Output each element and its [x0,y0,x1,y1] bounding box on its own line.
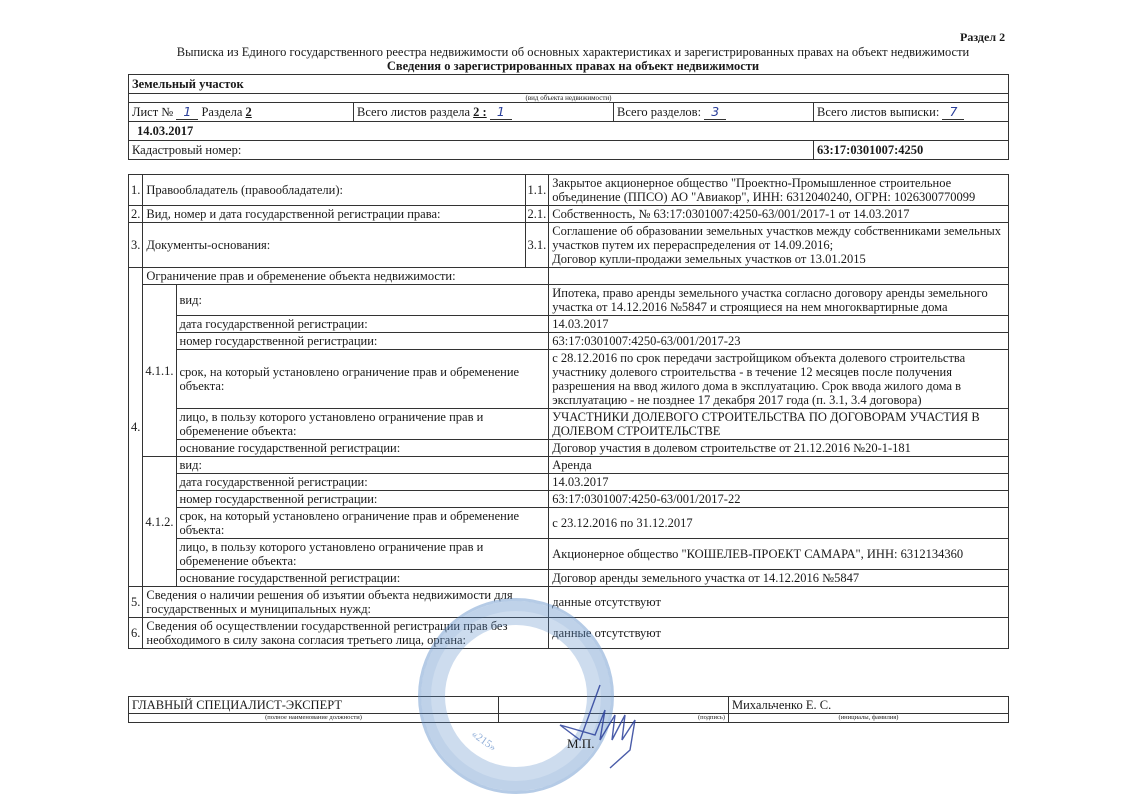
field-value: с 23.12.2016 по 31.12.2017 [549,508,1009,539]
field-value: 63:17:0301007:4250-63/001/2017-23 [549,333,1009,350]
signature-cell [499,697,729,714]
row-label: Вид, номер и дата государственной регист… [143,206,525,223]
table-row: 5. Сведения о наличии решения об изъятии… [129,587,1009,618]
total-sections-cell: Всего разделов: 3 [614,103,814,122]
section-of-value: 2 [246,105,252,119]
row-label: Правообладатель (правообладатели): [143,175,525,206]
encumbrance-field: основание государственной регистрации: Д… [129,440,1009,457]
field-value: 14.03.2017 [549,316,1009,333]
field-value: 63:17:0301007:4250-63/001/2017-22 [549,491,1009,508]
encumbrance-field: дата государственной регистрации: 14.03.… [129,474,1009,491]
document-basis-2: Договор купли-продажи земельных участков… [552,252,1005,266]
encumbrance-field: лицо, в пользу которого установлено огра… [129,409,1009,440]
row-value: Собственность, № 63:17:0301007:4250-63/0… [549,206,1009,223]
field-value: Акционерное общество "КОШЕЛЕВ-ПРОЕКТ САМ… [549,539,1009,570]
total-sheets-label: Всего листов выписки: [817,105,939,119]
field-label: вид: [176,285,549,316]
encumbrance-field: срок, на который установлено ограничение… [129,508,1009,539]
row-subnumber: 3.1. [525,223,549,268]
row-label: Сведения об осуществлении государственно… [143,618,549,649]
row-number: 4. [129,268,143,587]
field-label: дата государственной регистрации: [176,316,549,333]
object-type-caption: (вид объекта недвижимости) [129,94,1009,103]
row-number: 6. [129,618,143,649]
row-subnumber: 1.1. [525,175,549,206]
section-label: Раздел 2 [960,30,1005,45]
total-sheets-section-label: Всего листов раздела [357,105,470,119]
total-sheets-value: 7 [942,105,964,120]
encumbrance-field: 4.1.2. вид: Аренда [129,457,1009,474]
sheet-label: Лист № [132,105,173,119]
table-row: 2. Вид, номер и дата государственной рег… [129,206,1009,223]
encumbrance-field: лицо, в пользу которого установлено огра… [129,539,1009,570]
row-value: данные отсутствуют [549,587,1009,618]
row-number: 3. [129,223,143,268]
encumbrance-field: дата государственной регистрации: 14.03.… [129,316,1009,333]
sheet-number-cell: Лист № 1 Раздела 2 [129,103,354,122]
section-of-label: Раздела [201,105,242,119]
total-sections-value: 3 [704,105,726,120]
table-row: 3. Документы-основания: 3.1. Соглашение … [129,223,1009,268]
total-sheets-section-cell: Всего листов раздела 2 : 1 [354,103,614,122]
encumbrance-number: 4.1.2. [143,457,176,587]
row-value: данные отсутствуют [549,618,1009,649]
row-subnumber: 2.1. [525,206,549,223]
row-label: Ограничение прав и обременение объекта н… [143,268,549,285]
official-name: Михальченко Е. С. [729,697,1009,714]
total-sections-label: Всего разделов: [617,105,701,119]
table-row: 4. Ограничение прав и обременение объект… [129,268,1009,285]
row-number: 5. [129,587,143,618]
encumbrance-field: номер государственной регистрации: 63:17… [129,333,1009,350]
field-label: дата государственной регистрации: [176,474,549,491]
field-value: Договор аренды земельного участка от 14.… [549,570,1009,587]
signature-caption: (подпись) [499,714,729,723]
encumbrance-number: 4.1.1. [143,285,176,457]
row-label: Сведения о наличии решения об изъятии об… [143,587,549,618]
table-row: 6. Сведения об осуществлении государстве… [129,618,1009,649]
row-value [549,268,1009,285]
document-title: Выписка из Единого государственного реес… [0,45,1146,60]
field-label: лицо, в пользу которого установлено огра… [176,409,549,440]
object-type: Земельный участок [129,75,1009,94]
position-caption: (полное наименование должности) [129,714,499,723]
row-value: Закрытое акционерное общество "Проектно-… [549,175,1009,206]
table-row: 1. Правообладатель (правообладатели): 1.… [129,175,1009,206]
cadastral-value: 63:17:0301007:4250 [814,141,1009,160]
signature-table: ГЛАВНЫЙ СПЕЦИАЛИСТ-ЭКСПЕРТ Михальченко Е… [128,696,1009,723]
extract-date: 14.03.2017 [129,122,1009,141]
total-sheets-cell: Всего листов выписки: 7 [814,103,1009,122]
cadastral-label: Кадастровый номер: [129,141,814,160]
encumbrance-field: номер государственной регистрации: 63:17… [129,491,1009,508]
seal-label: М.П. [567,736,594,752]
object-header-table: Земельный участок (вид объекта недвижимо… [128,74,1009,160]
row-number: 1. [129,175,143,206]
field-label: срок, на который установлено ограничение… [176,508,549,539]
field-value: Ипотека, право аренды земельного участка… [549,285,1009,316]
handwritten-signature-icon [540,680,650,770]
row-number: 2. [129,206,143,223]
total-sheets-section-num: 2 : [473,105,487,119]
field-label: вид: [176,457,549,474]
field-label: номер государственной регистрации: [176,333,549,350]
official-position: ГЛАВНЫЙ СПЕЦИАЛИСТ-ЭКСПЕРТ [129,697,499,714]
field-value: с 28.12.2016 по срок передачи застройщик… [549,350,1009,409]
document-subtitle: Сведения о зарегистрированных правах на … [0,59,1146,74]
row-value: Соглашение об образовании земельных учас… [549,223,1009,268]
field-label: номер государственной регистрации: [176,491,549,508]
sheet-value: 1 [176,105,198,120]
name-caption: (инициалы, фамилия) [729,714,1009,723]
field-label: основание государственной регистрации: [176,440,549,457]
field-value: УЧАСТНИКИ ДОЛЕВОГО СТРОИТЕЛЬСТВА ПО ДОГО… [549,409,1009,440]
field-label: лицо, в пользу которого установлено огра… [176,539,549,570]
field-label: основание государственной регистрации: [176,570,549,587]
document-basis-1: Соглашение об образовании земельных учас… [552,224,1005,252]
field-value: Аренда [549,457,1009,474]
row-label: Документы-основания: [143,223,525,268]
encumbrance-field: 4.1.1. вид: Ипотека, право аренды земель… [129,285,1009,316]
encumbrance-field: основание государственной регистрации: Д… [129,570,1009,587]
total-sheets-section-value: 1 [490,105,512,120]
field-value: Договор участия в долевом строительстве … [549,440,1009,457]
rights-table: 1. Правообладатель (правообладатели): 1.… [128,174,1009,649]
field-label: срок, на который установлено ограничение… [176,350,549,409]
stamp-number: «215» [469,728,498,754]
field-value: 14.03.2017 [549,474,1009,491]
encumbrance-field: срок, на который установлено ограничение… [129,350,1009,409]
